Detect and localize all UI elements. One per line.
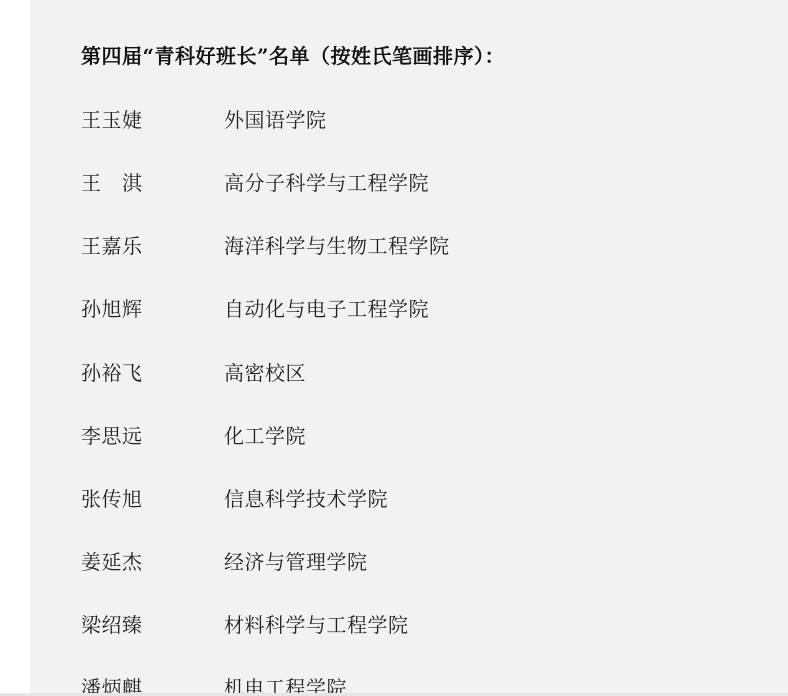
content-panel: 第四届“青科好班长”名单（按姓氏笔画排序）： 王玉婕 外国语学院 王 淇 高分子…: [30, 0, 788, 693]
college-name: 高分子科学与工程学院: [224, 167, 429, 196]
student-name: 潘炳麒: [81, 672, 211, 693]
student-name: 姜延杰: [81, 546, 211, 575]
student-name: 孙裕飞: [81, 357, 211, 386]
college-name: 外国语学院: [224, 104, 327, 133]
student-name: 孙旭辉: [81, 293, 211, 322]
student-name: 梁绍臻: [81, 609, 211, 638]
college-name: 经济与管理学院: [224, 546, 368, 575]
college-name: 化工学院: [224, 420, 306, 449]
college-name: 机电工程学院: [224, 672, 347, 693]
student-name: 王玉婕: [81, 104, 211, 133]
college-name: 信息科学技术学院: [224, 483, 388, 512]
student-name: 王 淇: [81, 167, 211, 196]
student-name: 张传旭: [81, 483, 211, 512]
college-name: 海洋科学与生物工程学院: [224, 230, 450, 259]
college-name: 自动化与电子工程学院: [224, 293, 429, 322]
list-title: 第四届“青科好班长”名单（按姓氏笔画排序）：: [81, 40, 505, 69]
student-name: 李思远: [81, 420, 211, 449]
college-name: 高密校区: [224, 357, 306, 386]
student-name: 王嘉乐: [81, 230, 211, 259]
page: 第四届“青科好班长”名单（按姓氏笔画排序）： 王玉婕 外国语学院 王 淇 高分子…: [0, 0, 788, 696]
college-name: 材料科学与工程学院: [224, 609, 409, 638]
